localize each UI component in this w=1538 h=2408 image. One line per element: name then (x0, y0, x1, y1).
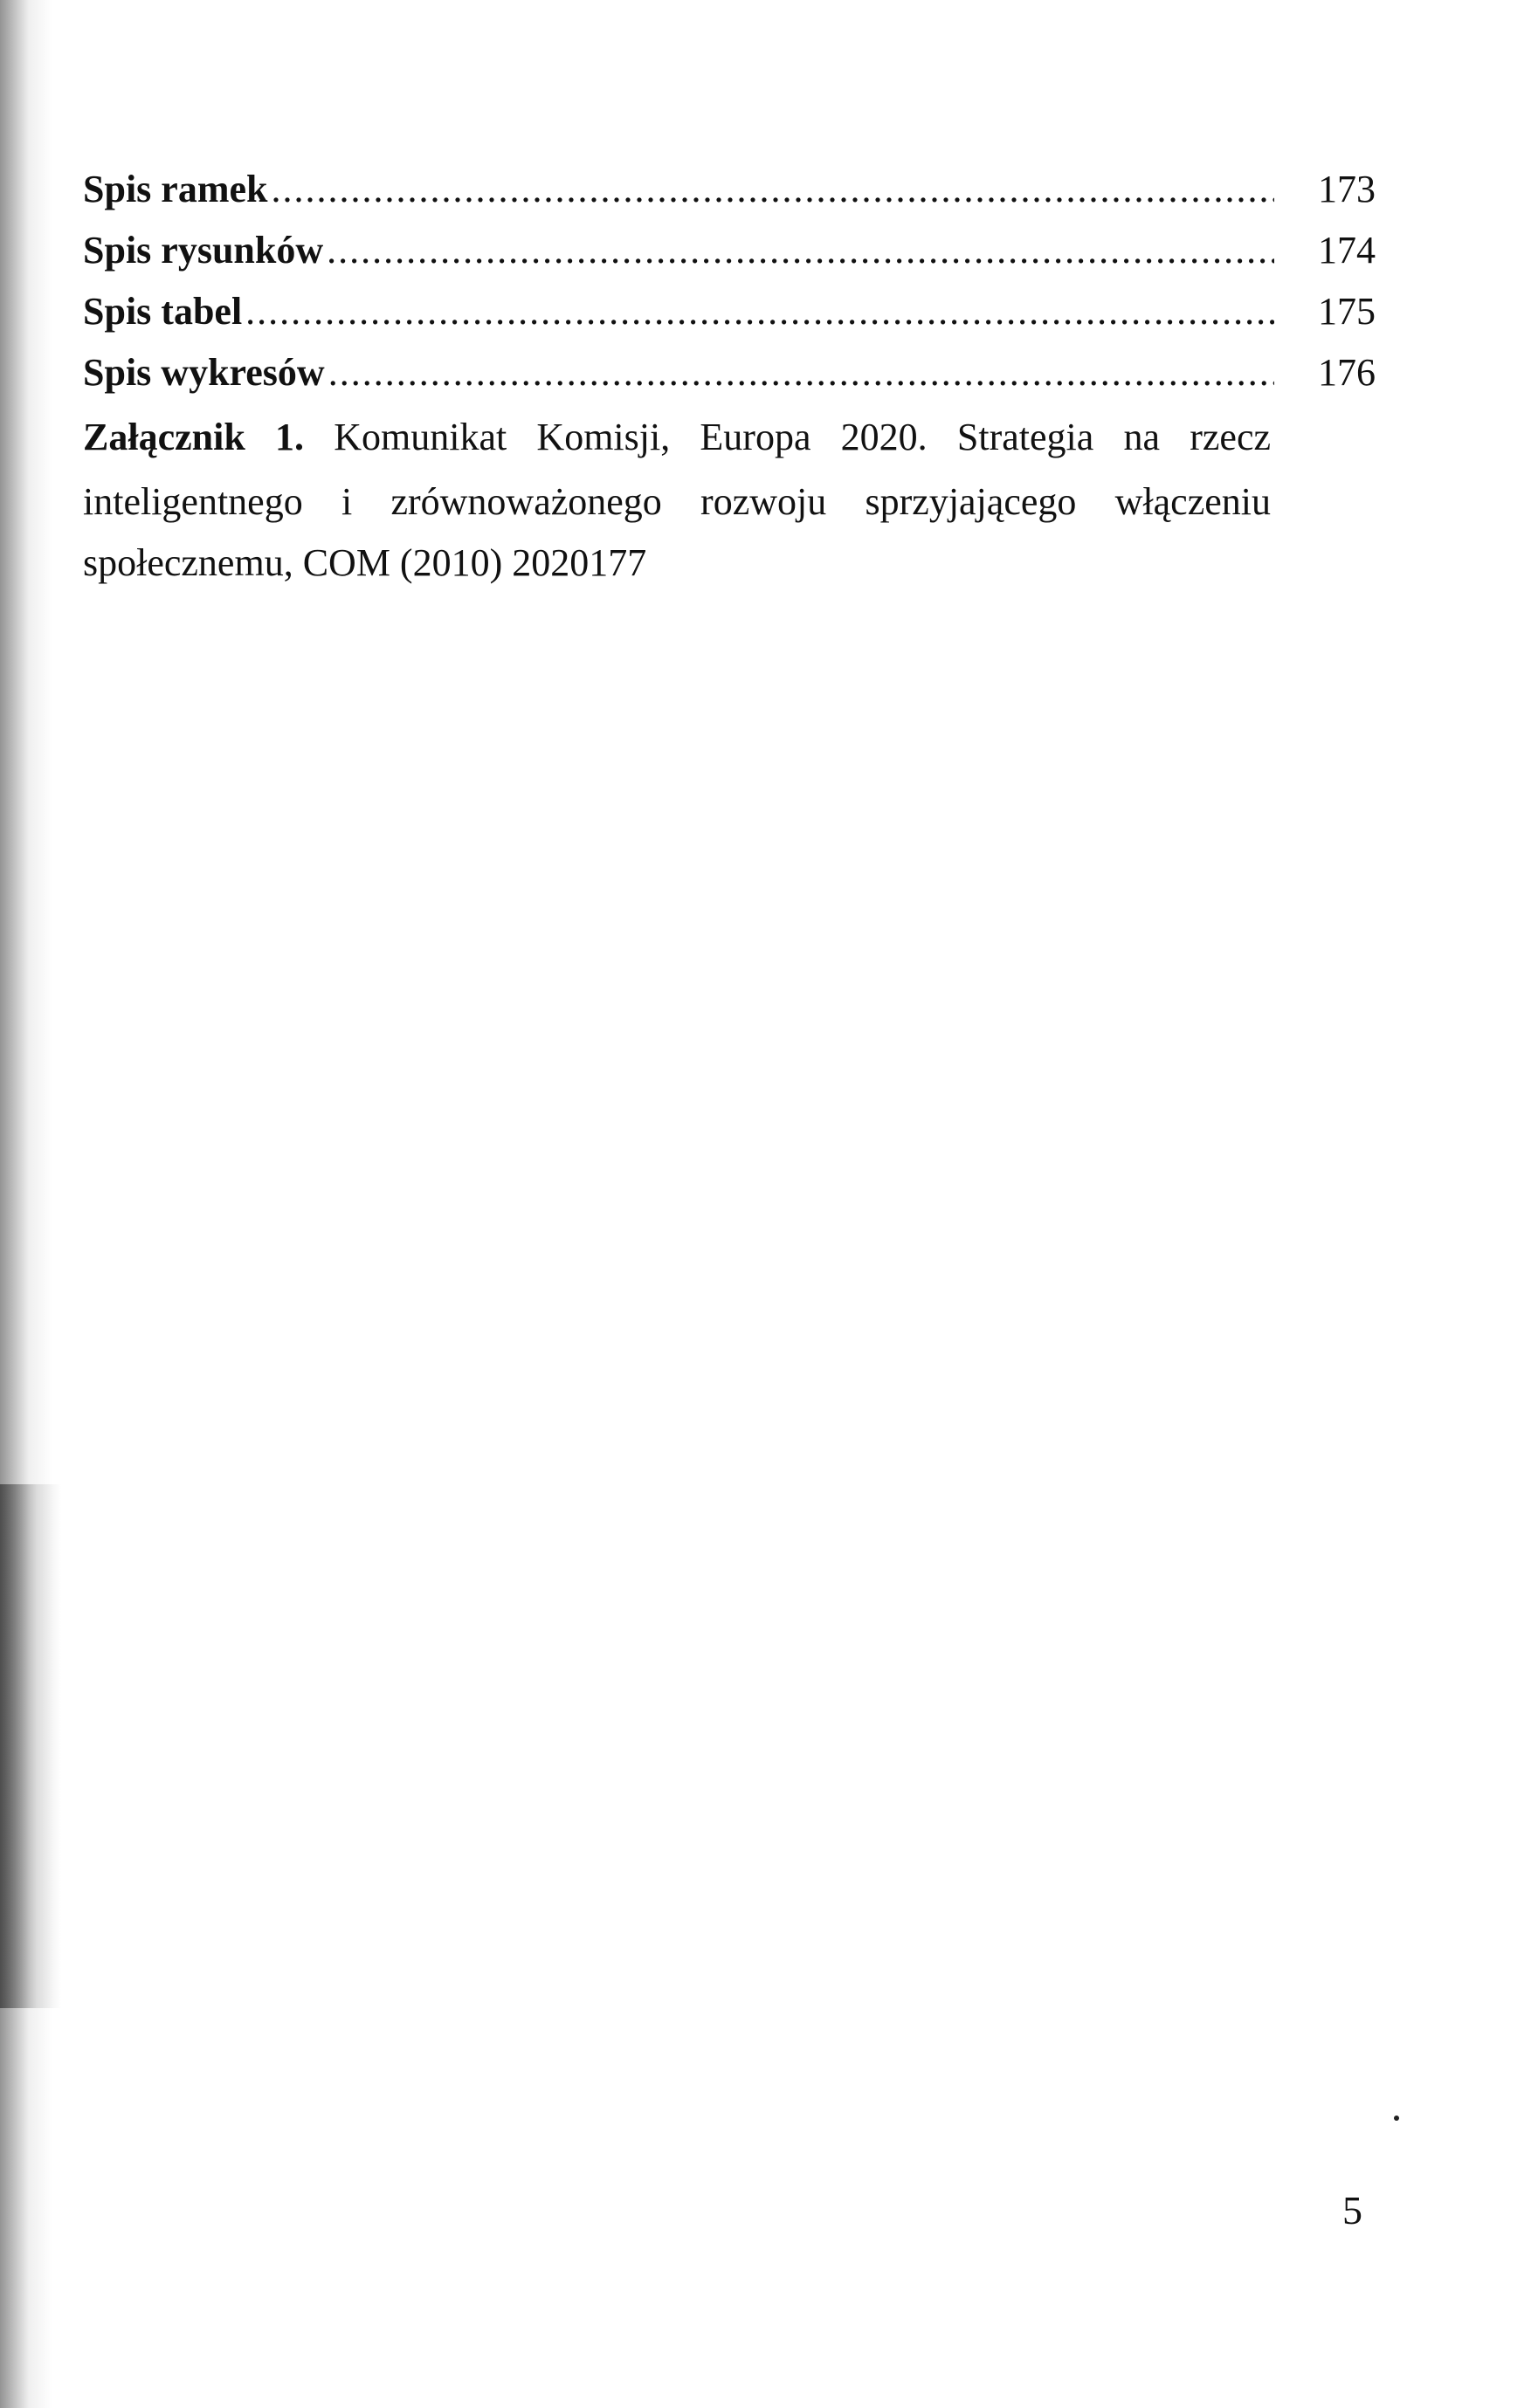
annex-line-2: inteligentnego i zrównoważonego rozwoju … (83, 471, 1271, 533)
toc-entry-spis-ramek[interactable]: Spis ramek 173 (83, 159, 1376, 220)
toc-entry-spis-rysunkow[interactable]: Spis rysunków 174 (83, 220, 1376, 281)
table-of-contents: Spis ramek 173 Spis rysunków 174 Spis ta… (83, 159, 1376, 594)
dot-leader (327, 220, 1274, 281)
scan-speck (1394, 2116, 1399, 2121)
toc-entry-title: Spis rysunków (83, 220, 323, 281)
annex-line-1-text: Komunikat Komisji, Europa 2020. Strategi… (304, 416, 1271, 458)
toc-entry-page: 174 (1279, 220, 1376, 281)
toc-entry-title: Spis ramek (83, 159, 267, 220)
toc-entry-title: Spis tabel (83, 281, 242, 342)
annex-line-3-text: społecznemu, COM (2010) 2020 (83, 533, 589, 594)
toc-entry-page: 175 (1279, 281, 1376, 342)
toc-entry-title: Spis wykresów (83, 342, 325, 403)
annex-lead: Załącznik 1. (83, 416, 304, 458)
scan-edge-shadow-dark (0, 1484, 61, 2008)
dot-leader (271, 159, 1274, 220)
toc-entry-page: 177 (589, 533, 646, 594)
annex-line-3: społecznemu, COM (2010) 2020 177 (83, 533, 1376, 594)
annex-line-1: Załącznik 1. Komunikat Komisji, Europa 2… (83, 407, 1271, 468)
toc-entry-spis-wykresow[interactable]: Spis wykresów 176 (83, 342, 1376, 403)
toc-entry-zalacznik-1[interactable]: Załącznik 1. Komunikat Komisji, Europa 2… (83, 407, 1376, 594)
scan-edge-shadow (0, 0, 52, 2408)
toc-entry-spis-tabel[interactable]: Spis tabel 175 (83, 281, 1376, 342)
page-number: 5 (1342, 2187, 1362, 2233)
dot-leader (328, 342, 1274, 403)
toc-entry-page: 176 (1279, 342, 1376, 403)
dot-leader (245, 281, 1274, 342)
toc-entry-page: 173 (1279, 159, 1376, 220)
